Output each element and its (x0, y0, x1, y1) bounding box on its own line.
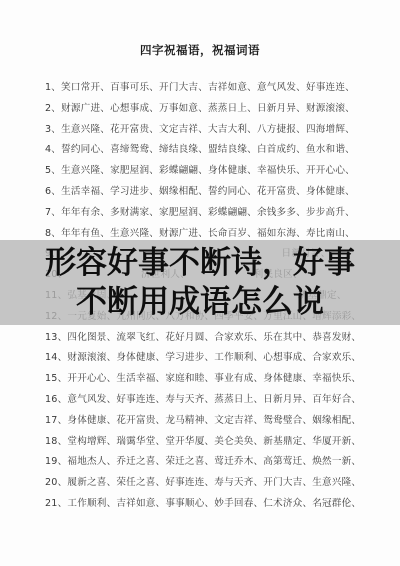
list-row: 19、福地杰人、乔迁之喜、荣迁之喜、莺迁乔木、高第莺迁、焕然一新、 (45, 452, 357, 473)
overlay-headline-line2: 不断用成语怎么说 (76, 283, 324, 322)
list-row: 18、堂构增辉、瑞霭华堂、堂开华厦、美仑美奂、新基鼎定、华厦开新、 (45, 432, 357, 453)
overlay-headline-line1: 形容好事不断诗，好事 (45, 244, 355, 283)
list-row: 15、开开心心、生活幸福、家庭和睦、事业有成、身体健康、幸福快乐、 (45, 369, 357, 390)
list-row: 13、四化图景、流翠飞红、花好月圆、合家欢乐、乐在其中、恭喜发财、 (45, 328, 357, 349)
list-row: 21、工作顺利、吉祥如意、事事顺心、妙手回春、仁术济众、名冠群伦、 (45, 494, 357, 515)
list-row: 14、财源滚滚、身体健康、学习进步、工作顺利、心想事成、合家欢乐、 (45, 348, 357, 369)
list-row: 16、意气风发、好事连连、寿与天齐、蒸蒸日上、日新月异、百年好合、 (45, 390, 357, 411)
list-row: 2、财源广进、心想事成、万事如意、蒸蒸日上、日新月异、财源滚滚、 (45, 99, 357, 120)
list-row: 5、生意兴隆、家肥屋润、彩蝶翩翩、身体健康、幸福快乐、开开心心、 (45, 161, 357, 182)
article-image: 四字祝福语，祝福词语 1、笑口常开、百事可乐、开门大吉、吉祥如意、意气风发、好事… (0, 0, 400, 566)
page-title: 四字祝福语，祝福词语 (0, 42, 400, 58)
list-row: 7、年年有余、多财满家、家肥屋润、彩蝶翩翩、余钱多多、步步高升、 (45, 203, 357, 224)
list-row: 1、笑口常开、百事可乐、开门大吉、吉祥如意、意气风发、好事连连、 (45, 78, 357, 99)
list-row: 3、生意兴隆、花开富贵、文定吉祥、大吉大利、八方捷报、四海增辉、 (45, 120, 357, 141)
overlay-headline: 形容好事不断诗，好事 不断用成语怎么说 (0, 240, 400, 325)
list-row: 20、履新之喜、荣任之喜、好事连连、寿与天齐、开门大吉、生意兴隆、 (45, 473, 357, 494)
list-row: 6、生活幸福、学习进步、姻缘相配、誓约同心、花开富贵、身体健康、 (45, 182, 357, 203)
list-row: 4、誓约同心、喜缔鸳鸯、缔结良缘、盟结良缘、白首成约、鱼水和谐、 (45, 140, 357, 161)
list-row: 17、身体健康、花开富贵、龙马精神、文定吉祥、鸳鸯璧合、姻缘相配、 (45, 411, 357, 432)
